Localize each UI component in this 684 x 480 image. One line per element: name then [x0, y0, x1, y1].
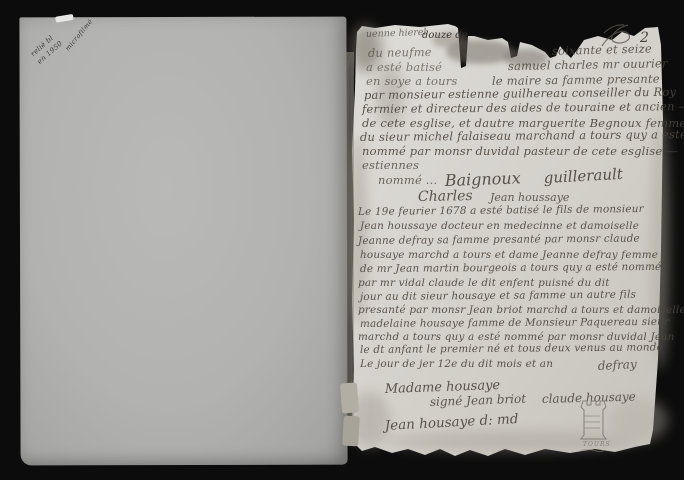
- top-fragment: uenne hierel: [366, 27, 427, 40]
- manuscript-line: de mr Jean martin bourgeois a tours quy …: [360, 261, 661, 275]
- manuscript-line: a esté batisé: [366, 60, 442, 74]
- manuscript-line: par mr vidal claude le dit enfent puisné…: [358, 277, 610, 289]
- manuscript-line: fermier et directeur des aides de tourai…: [361, 99, 684, 116]
- signature-defray: defray: [597, 357, 637, 373]
- repair-tab: [340, 382, 359, 413]
- manuscript-line: nommé par monsr duvidal pasteur de cete …: [362, 144, 678, 158]
- manuscript-line: housaye marchd a tours et dame Jeanne de…: [360, 249, 658, 261]
- manuscript-line: Jeanne defray sa famme presanté par mons…: [356, 233, 640, 247]
- manuscript-line: nommé ...: [378, 173, 437, 187]
- entry-heading: Charles: [418, 188, 473, 205]
- manuscript-line: du sieur michel falaiseau marchand a tou…: [360, 127, 684, 144]
- signature-baignoux: Baignoux: [443, 168, 521, 190]
- manuscript-line: Le jour de jer 12e du dit mois et an: [359, 358, 553, 370]
- manuscript-line: samuel charles mr ouurier: [508, 56, 669, 73]
- microfilm-annotation: microfilmé: [63, 18, 95, 54]
- signature-claude-housaye: claude housaye: [542, 390, 636, 406]
- manuscript-line: estiennes: [362, 158, 419, 172]
- top-fragment: douze de: [422, 30, 468, 41]
- manuscript-line: madelaine housaye famme de Monsieur Paqu…: [360, 316, 670, 330]
- entry-heading: Jean houssaye: [488, 191, 570, 204]
- manuscript-line: du neufme: [368, 45, 432, 60]
- rebinding-annotation: relié bl en 1950: [29, 31, 66, 67]
- manuscript-line: jour au dit sieur housaye et sa famme un…: [358, 289, 636, 303]
- repair-tab: [342, 416, 360, 447]
- corner-chip: [55, 14, 74, 23]
- stamp-label: TOURS: [583, 441, 611, 448]
- manuscript-line: soixante et seize: [552, 41, 652, 58]
- manuscript-line: en soye a tours: [366, 74, 458, 88]
- photo-frame: relié bl en 1950 microfilmé: [0, 0, 684, 480]
- left-page: relié bl en 1950 microfilmé: [19, 17, 347, 466]
- manuscript-line: Jean houssaye docteur en medecinne et da…: [358, 220, 639, 232]
- manuscript-line: presanté par monsr Jean briot marchd a t…: [358, 304, 684, 316]
- right-page: 2 uenne hierel douze de du neufme soixan…: [330, 0, 684, 480]
